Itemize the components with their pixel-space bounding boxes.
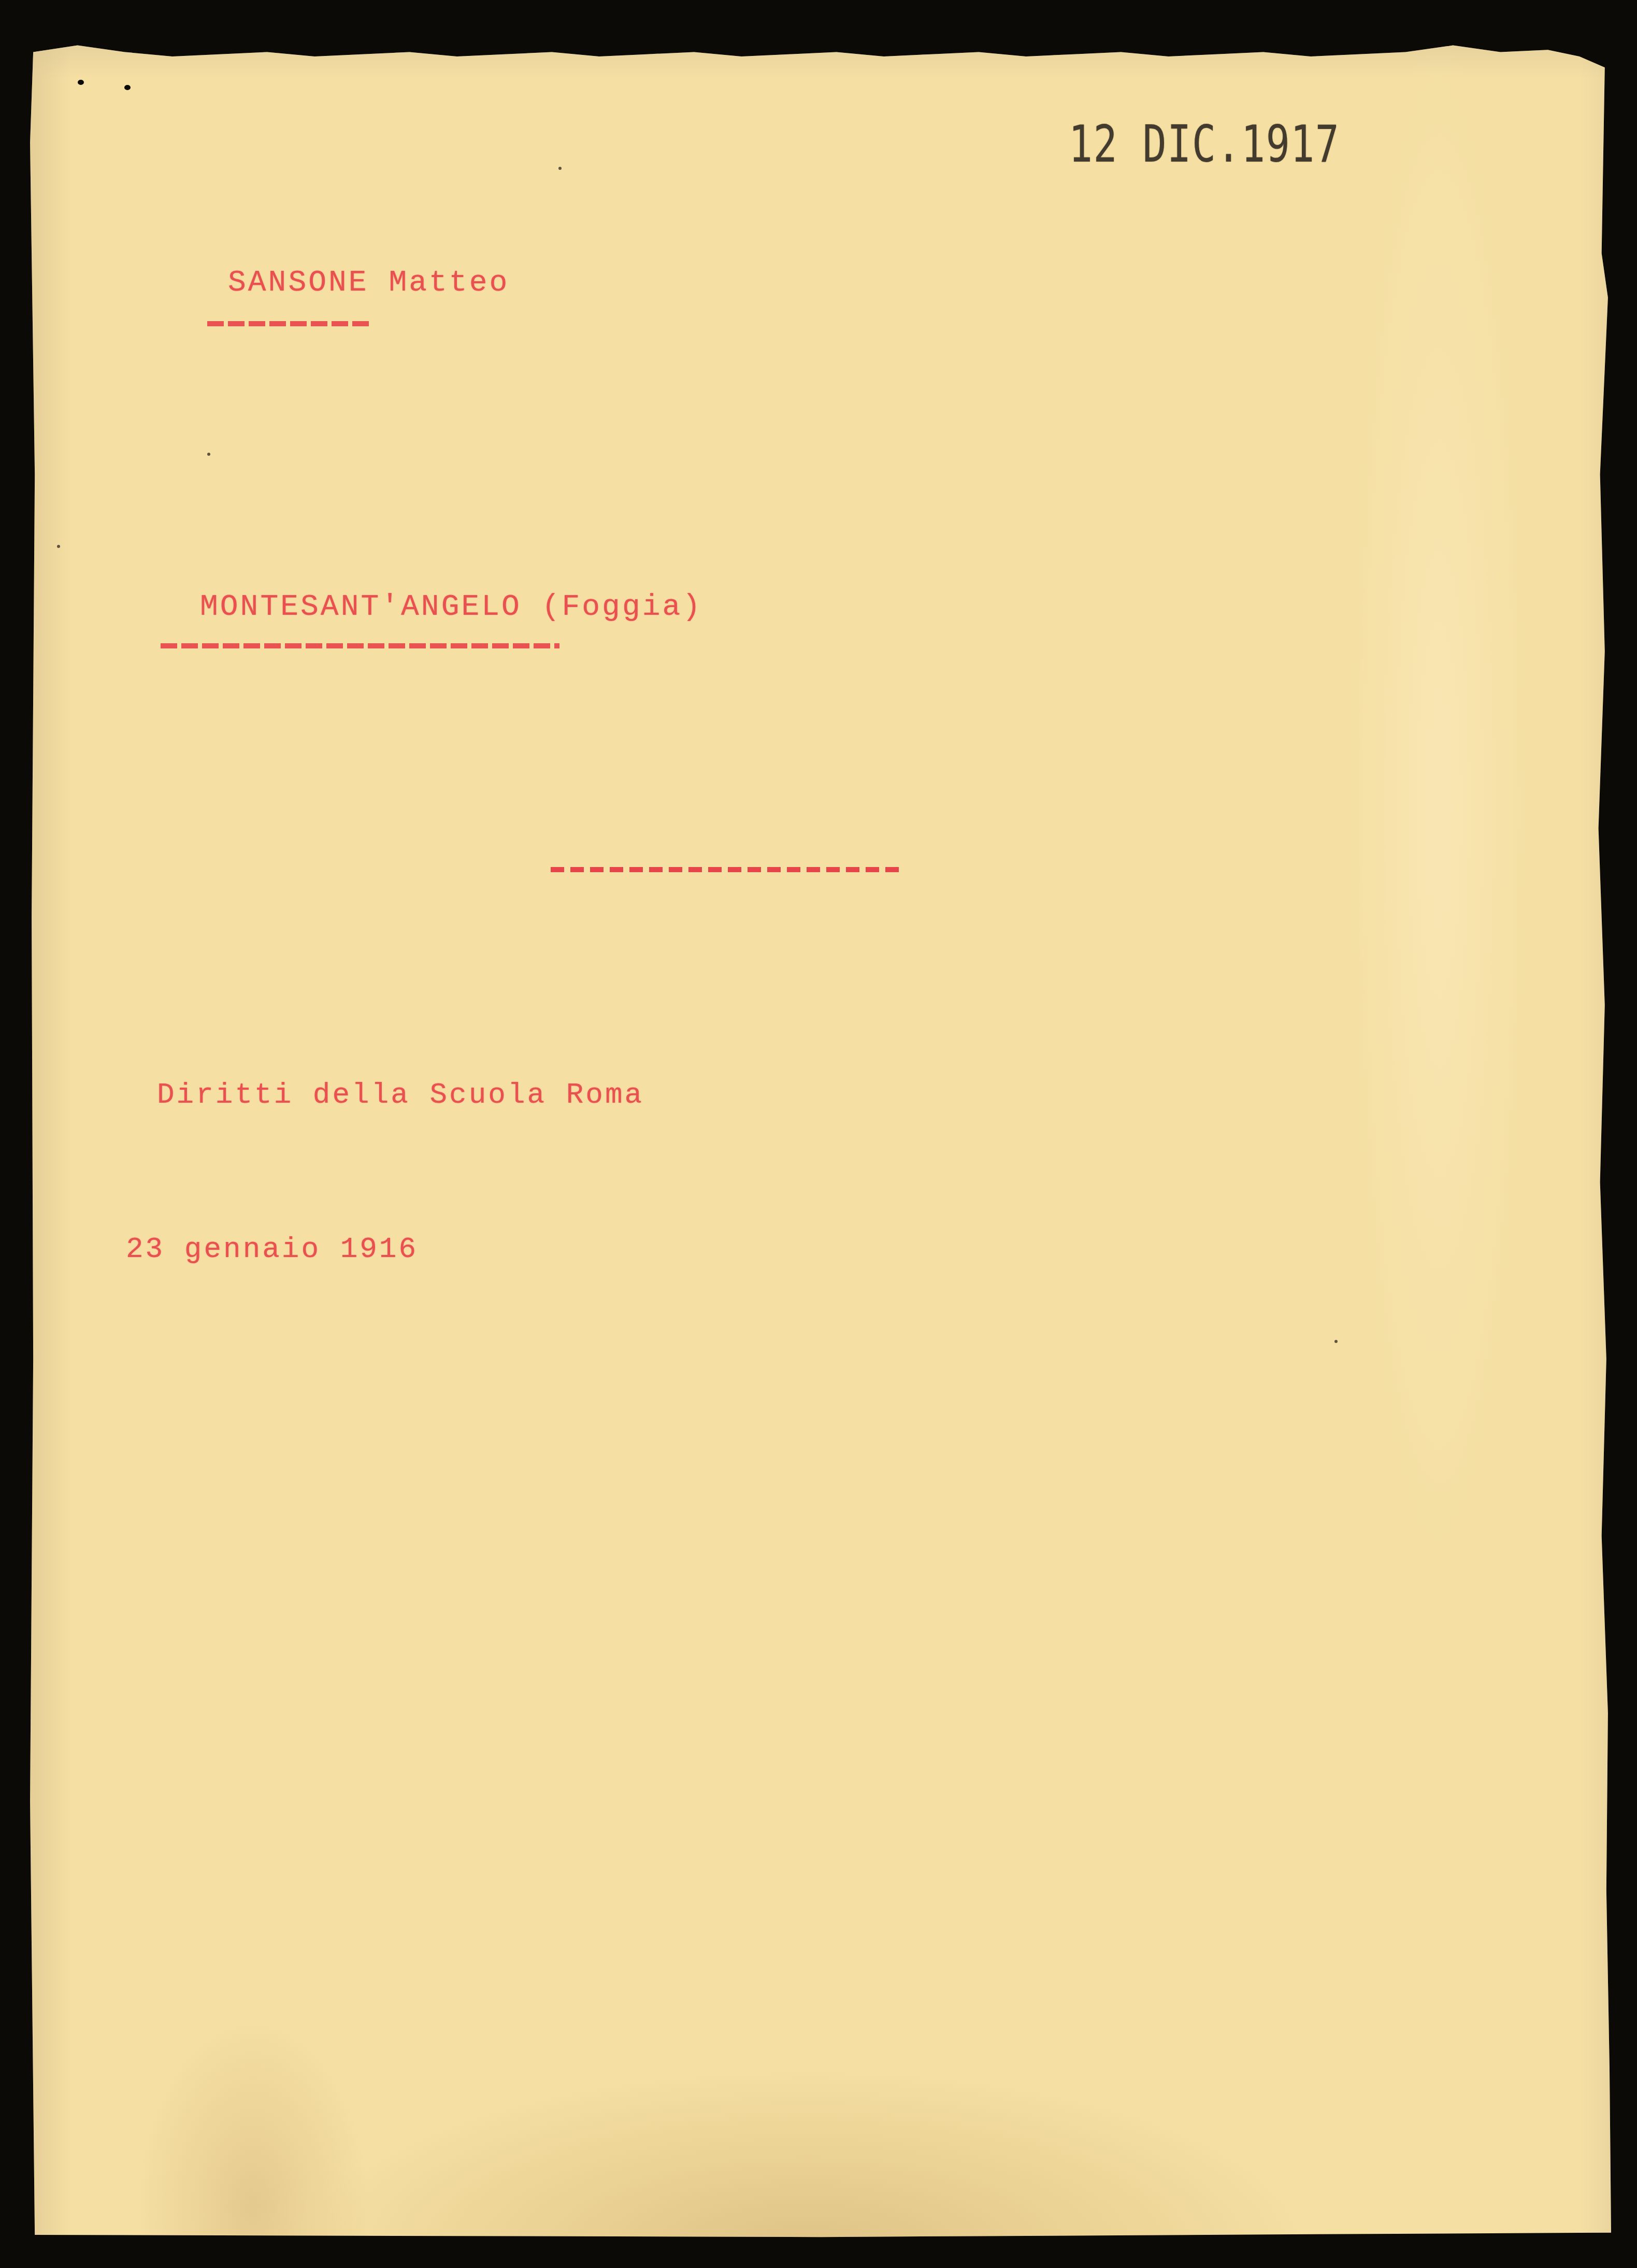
notes-line: Diritti della Scuola Roma: [157, 1078, 644, 1111]
ink-speck: [1334, 1340, 1338, 1343]
date-stamp: 12 DIC.1917: [1069, 115, 1340, 174]
ink-speck: [207, 453, 210, 456]
entry-date: 23 gennaio 1916: [126, 1233, 418, 1266]
place-underline: [161, 643, 559, 648]
ink-speck: [558, 167, 562, 170]
place-name: MONTESANT'ANGELO (Foggia): [200, 590, 702, 624]
punch-hole: [124, 85, 131, 90]
name-underline: [207, 321, 373, 326]
punch-hole: [78, 80, 84, 85]
document-card: 12 DIC.1917 SANSONE Matteo MONTESANT'ANG…: [30, 32, 1611, 2244]
person-name: SANSONE Matteo: [228, 266, 509, 300]
section-divider: [551, 867, 903, 872]
ink-speck: [57, 545, 60, 548]
